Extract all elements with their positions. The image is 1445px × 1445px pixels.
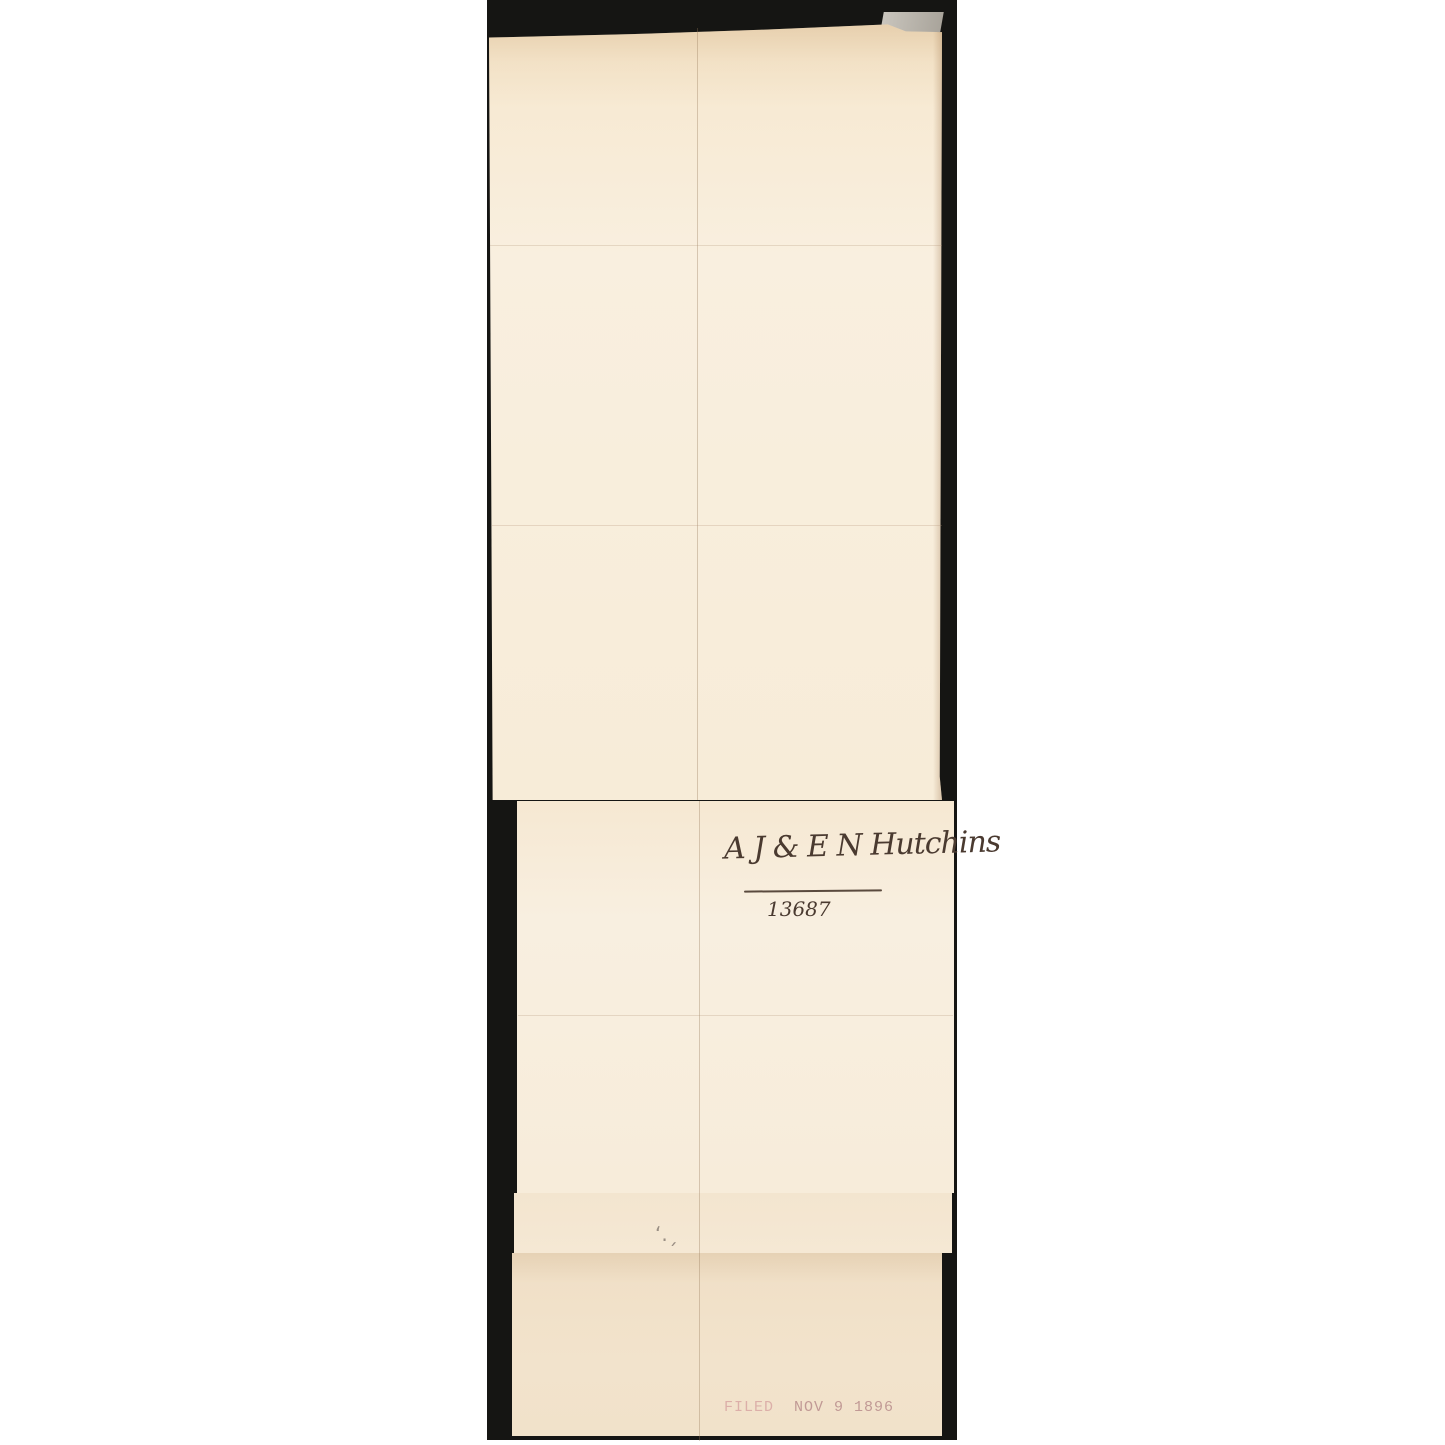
paper-panel-lower [514,1193,952,1253]
vertical-fold-top [697,28,698,800]
filed-date-stamp: FILED NOV 9 1896 [724,1399,894,1416]
docket-name-handwriting: A J & E N Hutchins [724,824,1001,866]
horizontal-fold-1 [490,245,942,246]
horizontal-fold-3 [518,1015,953,1016]
docket-number-handwriting: 13687 [767,897,831,921]
stamp-date: NOV 9 1896 [794,1399,894,1416]
paper-panel-top [489,22,942,800]
ink-smudge: ʻ.ˏ [655,1222,669,1250]
horizontal-fold-2 [492,525,942,526]
stamp-label: FILED [724,1399,774,1416]
vertical-fold-bottom [699,801,700,1441]
